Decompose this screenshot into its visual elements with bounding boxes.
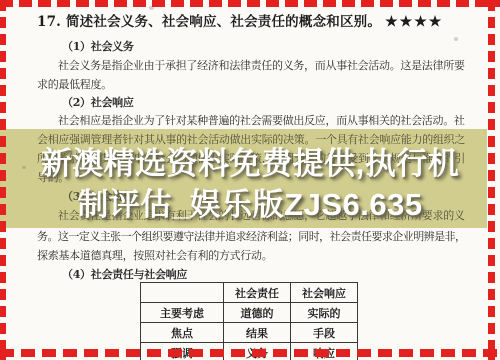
paragraph-line: 社会相应是指企业为了针对某种普遍的社会需要做出反应，而从事相关的社会活动。社 xyxy=(58,113,465,128)
table-cell: 结果 xyxy=(224,323,291,343)
table-header-response: 社会响应 xyxy=(291,283,358,303)
table-cell: 道德的 xyxy=(224,303,291,323)
scanned-textbook-page: 17. 简述社会义务、社会响应、社会责任的概念和区别。★★★★ （1）社会义务 … xyxy=(0,0,500,360)
paragraph-line: 社会义务是指企业由于承担了经济和法律责任的义务，而从事社会活动。这是法律所要 xyxy=(58,58,465,73)
star-rating: ★★★★ xyxy=(385,14,443,30)
paragraph-line: 务。这一定义主张一个组织要遵守法律并追求经济利益；同时，社会责任要求企业明辨是非… xyxy=(37,229,465,244)
dashed-border-right xyxy=(488,0,495,360)
table-header-responsibility: 社会责任 xyxy=(224,283,291,303)
table-cell: 焦点 xyxy=(141,323,224,343)
dashed-border-bottom xyxy=(0,349,500,357)
watermark-line-2: 制评估_娱乐版ZJS6.635 xyxy=(0,184,500,225)
dashed-border-left xyxy=(0,0,6,360)
scan-speck xyxy=(454,37,458,41)
watermark-line-1: 新澳精选资料免费提供,执行机 xyxy=(0,143,500,184)
watermark-overlay: 新澳精选资料免费提供,执行机 制评估_娱乐版ZJS6.635 xyxy=(0,143,500,225)
table-cell: 主要考虑 xyxy=(141,303,224,323)
dashed-border-top xyxy=(0,0,500,7)
table-row: 焦点 结果 手段 xyxy=(141,323,358,343)
table-cell: 手段 xyxy=(291,323,358,343)
table-header-row: 社会责任 社会响应 xyxy=(141,283,358,303)
question-title: 17. 简述社会义务、社会响应、社会责任的概念和区别。★★★★ xyxy=(37,15,443,30)
section-heading-4: （4）社会责任与社会响应 xyxy=(62,267,187,282)
table-header-empty xyxy=(141,283,224,303)
paragraph-line: 求的最低程度。 xyxy=(37,77,112,92)
table-cell: 实际的 xyxy=(291,303,358,323)
question-title-text: 17. 简述社会义务、社会响应、社会责任的概念和区别。 xyxy=(37,14,381,30)
section-heading-1: （1）社会义务 xyxy=(62,39,134,54)
section-heading-2: （2）社会响应 xyxy=(62,95,134,110)
table-row: 主要考虑 道德的 实际的 xyxy=(141,303,358,323)
paragraph-line: 探索基本道德真理，按照对社会有利的方式行动。 xyxy=(37,248,272,263)
